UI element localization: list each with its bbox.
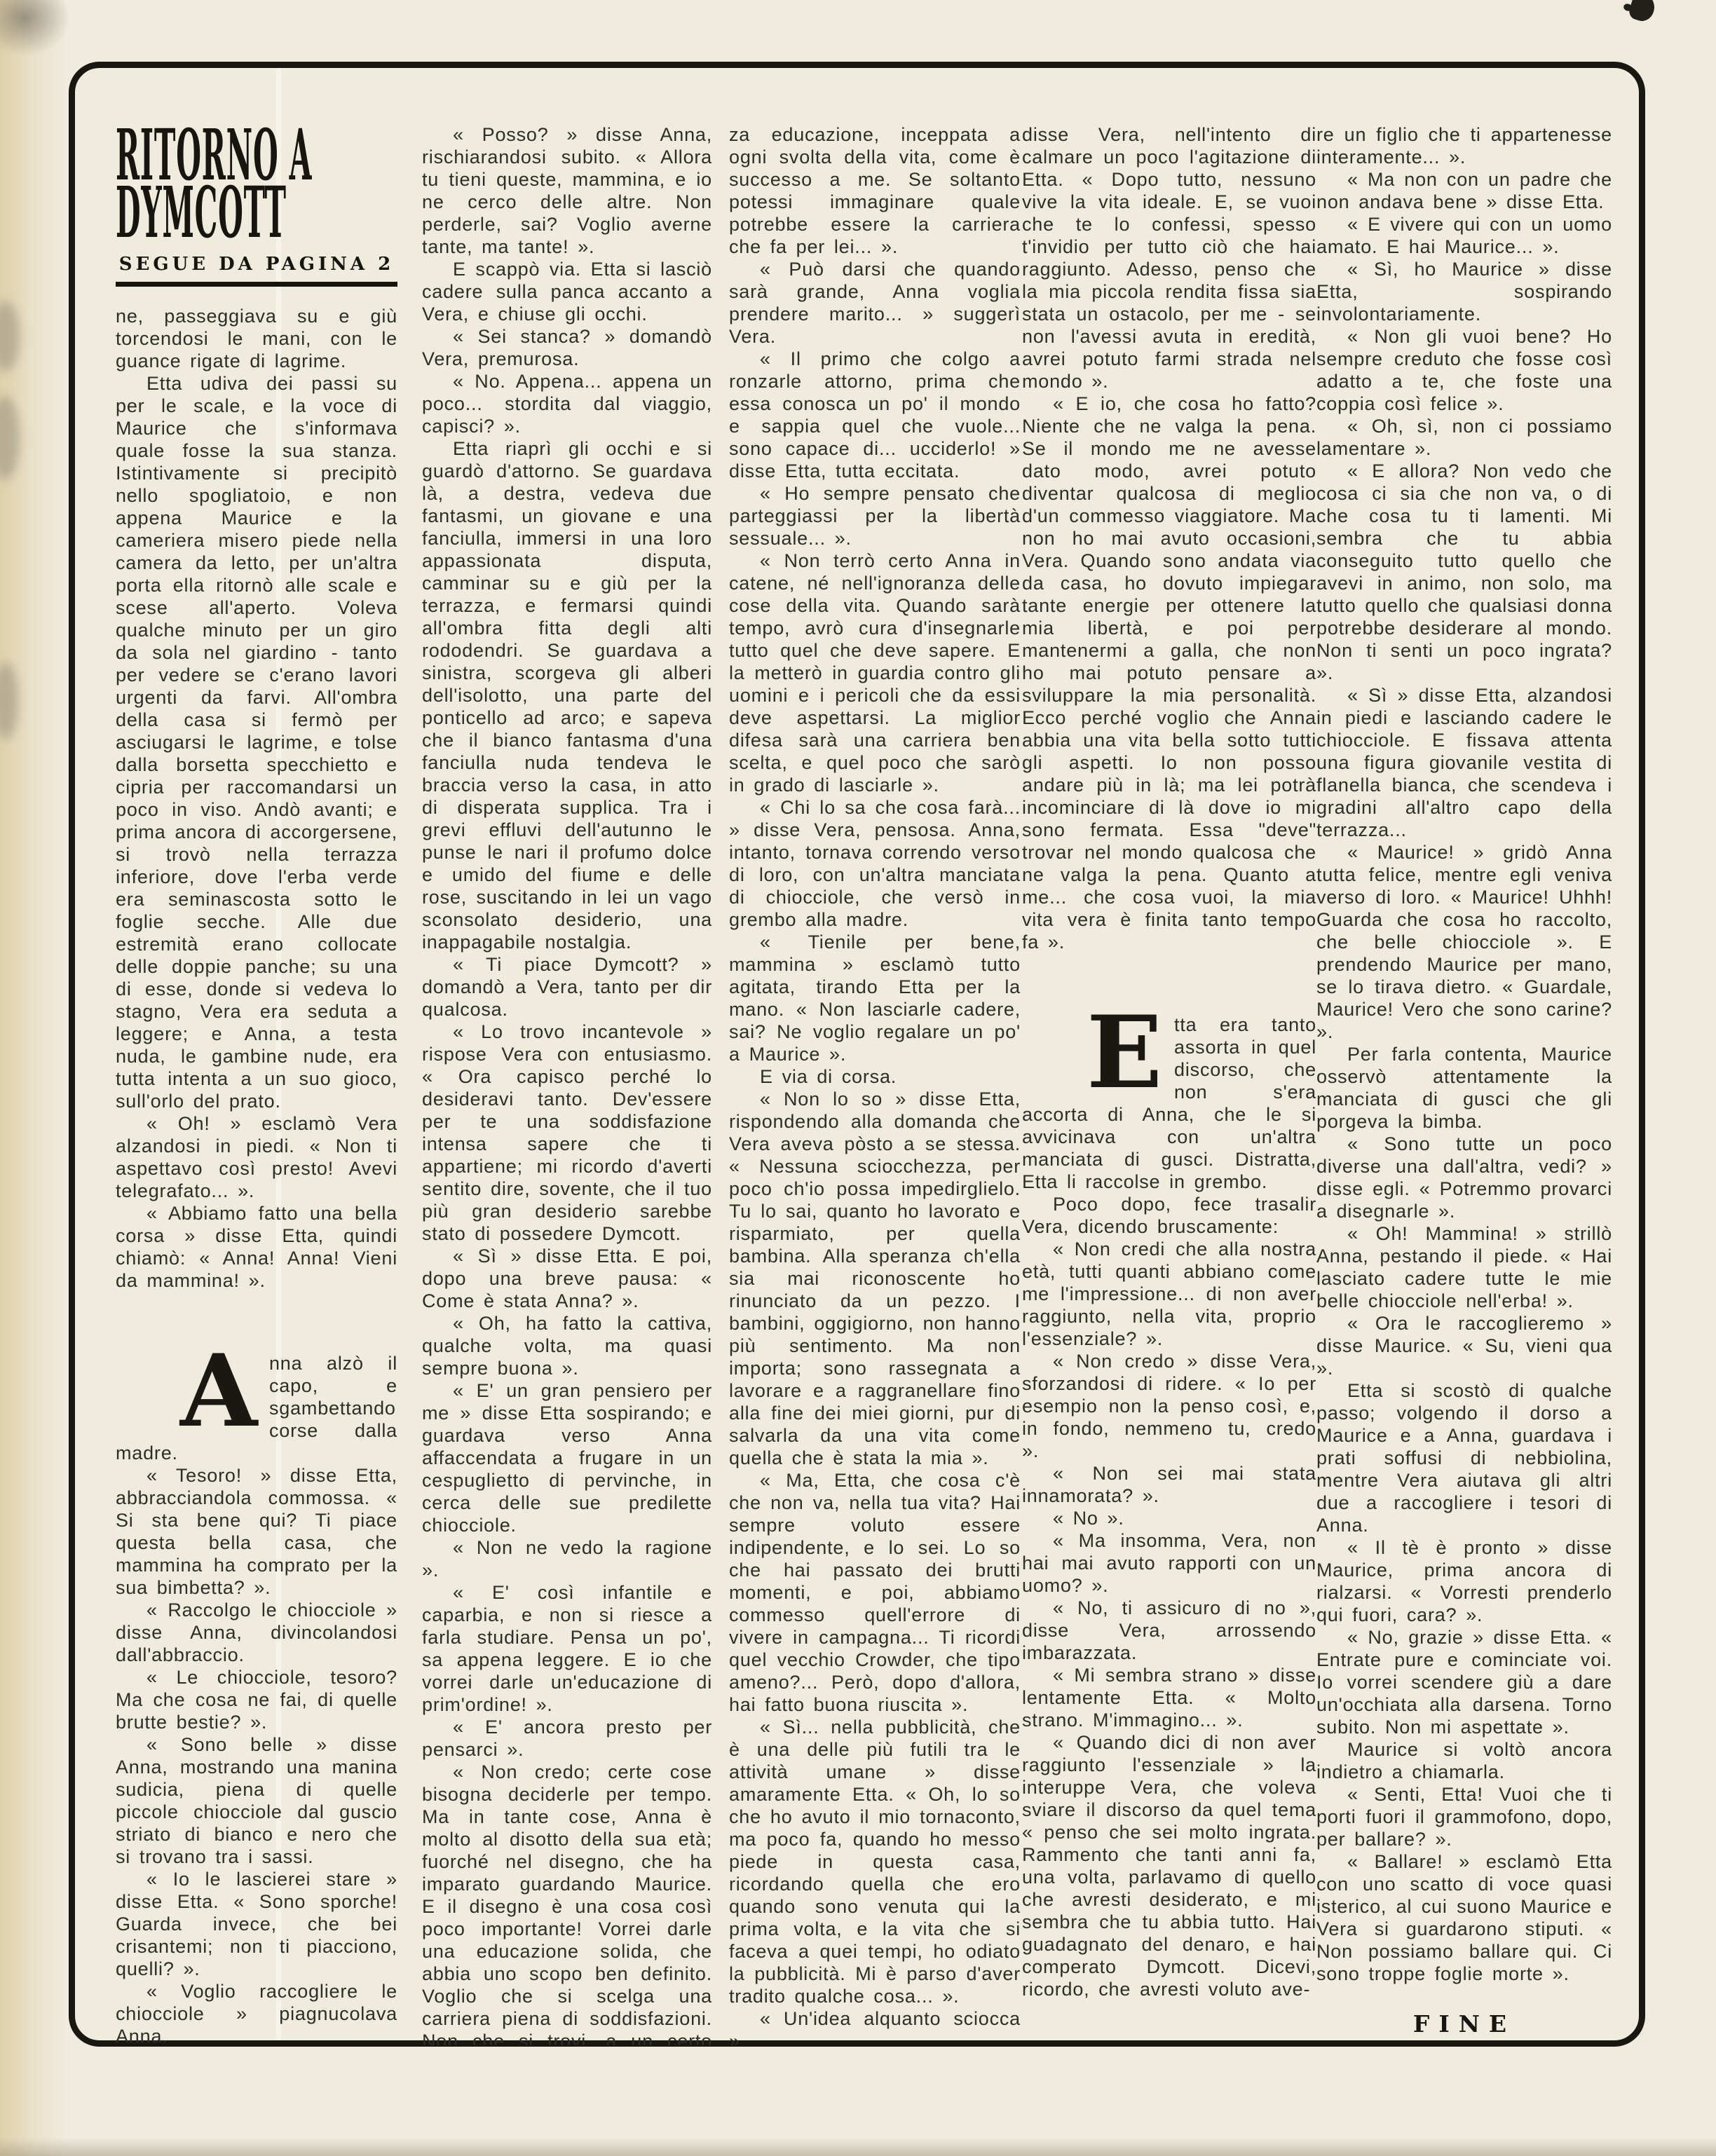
- body-paragraph: « Mi sembra strano » disse lentamente Et…: [1022, 1664, 1316, 1731]
- column-2: « Posso? » disse Anna, rischiarandosi su…: [422, 123, 712, 2045]
- body-paragraph: « Non lo so » disse Etta, rispondendo al…: [729, 1088, 1021, 1469]
- body-paragraph: E scappò via. Etta si lasciò cadere sull…: [422, 258, 712, 325]
- body-paragraph: « E io, che cosa ho fatto? Niente che ne…: [1022, 393, 1316, 953]
- body-paragraph: « Un'idea alquanto sciocca »: [729, 2007, 1021, 2045]
- body-paragraph: « E' ancora presto per pensarci ».: [422, 1716, 712, 1761]
- body-paragraph: « Voglio raccogliere le chiocciole » pia…: [116, 1980, 397, 2045]
- body-paragraph: ne, passeggiava su e giù torcendosi le m…: [116, 305, 397, 372]
- body-paragraph: za educazione, inceppata a ogni svolta d…: [729, 123, 1021, 258]
- scan-corner-shadow: [0, 0, 70, 56]
- body-paragraph: « Sono belle » disse Anna, mostrando una…: [116, 1733, 397, 1868]
- body-paragraph: « Ma non con un padre che non andava ben…: [1316, 168, 1612, 213]
- body-paragraph: re un figlio che ti appartenesse interam…: [1316, 123, 1612, 168]
- body-paragraph: « No. Appena... appena un poco... stordi…: [422, 370, 712, 437]
- body-paragraph: « Abbiamo fatto una bella corsa » disse …: [116, 1202, 397, 1292]
- body-paragraph: « Il primo che colgo a ronzarle attorno,…: [729, 348, 1021, 482]
- body-paragraph: « No, ti assicuro di no », disse Vera, a…: [1022, 1597, 1316, 1664]
- body-paragraph: « Ma, Etta, che cosa c'è che non va, nel…: [729, 1469, 1021, 1716]
- body-paragraph: Maurice si voltò ancora indietro a chiam…: [1316, 1738, 1612, 1783]
- body-paragraph: « Ora le raccoglieremo » disse Maurice. …: [1316, 1312, 1612, 1379]
- body-paragraph: « Ti piace Dymcott? » domandò a Vera, ta…: [422, 953, 712, 1021]
- body-paragraph: « Non sei mai stata innamorata? ».: [1022, 1462, 1316, 1507]
- body-paragraph: « Può darsi che quando sarà grande, Anna…: [729, 258, 1021, 348]
- body-paragraph: « Quando dici di non aver raggiunto l'es…: [1022, 1731, 1316, 2000]
- column-5: re un figlio che ti appartenesse interam…: [1316, 123, 1612, 2045]
- continued-from: SEGUE DA PAGINA 2: [116, 254, 397, 287]
- column-4: disse Vera, nell'intento di calmare un p…: [1022, 123, 1316, 2045]
- body-paragraph: « Oh, ha fatto la cattiva, qualche volta…: [422, 1312, 712, 1379]
- body-paragraph: « Sì, ho Maurice » disse Etta, sospirand…: [1316, 258, 1612, 325]
- body-paragraph: « Oh, sì, non ci possiamo lamentare ».: [1316, 415, 1612, 460]
- body-paragraph: « Ma insomma, Vera, non hai mai avuto ra…: [1022, 1529, 1316, 1597]
- body-paragraph: « Raccolgo le chiocciole » disse Anna, d…: [116, 1599, 397, 1666]
- body-paragraph: « Il tè è pronto » disse Maurice, prima …: [1316, 1536, 1612, 1626]
- body-paragraph: « E' così infantile e caparbia, e non si…: [422, 1581, 712, 1716]
- body-paragraph: Per farla contenta, Maurice osservò atte…: [1316, 1043, 1612, 1133]
- column-1: RITORNO A DYMCOTT SEGUE DA PAGINA 2 ne, …: [116, 123, 397, 2045]
- body-paragraph: « Non terrò certo Anna in catene, né nel…: [729, 550, 1021, 796]
- body-paragraph: « E' un gran pensiero per me » disse Ett…: [422, 1379, 712, 1536]
- page-title-line2: DYMCOTT: [116, 184, 231, 241]
- body-paragraph: « No ».: [1022, 1507, 1316, 1529]
- body-paragraph: « Chi lo sa che cosa farà... » disse Ver…: [729, 796, 1021, 931]
- body-paragraph: « Ho sempre pensato che parteggiassi per…: [729, 482, 1021, 550]
- body-paragraph: « E allora? Non vedo che cosa ci sia che…: [1316, 460, 1612, 684]
- page-title: RITORNO A DYMCOTT: [116, 126, 231, 241]
- subtitle-rule: [116, 282, 397, 287]
- body-paragraph: « Sì » disse Etta, alzandosi in piedi e …: [1316, 684, 1612, 841]
- dropcap-letter-E: E: [1087, 1014, 1174, 1089]
- body-paragraph: « Sono tutte un poco diverse una dall'al…: [1316, 1133, 1612, 1222]
- dropcap-paragraph: Etta era tanto assorta in quel discorso,…: [1022, 1014, 1316, 1193]
- body-paragraph: « Non ne vedo la ragione ».: [422, 1536, 712, 1581]
- body-paragraph: Poco dopo, fece trasalir Vera, dicendo b…: [1022, 1193, 1316, 1238]
- body-paragraph: E via di corsa.: [729, 1065, 1021, 1088]
- column-3: za educazione, inceppata a ogni svolta d…: [729, 123, 1021, 2045]
- body-paragraph: « Senti, Etta! Vuoi che ti porti fuori i…: [1316, 1783, 1612, 1850]
- body-paragraph: « Non credi che alla nostra età, tutti q…: [1022, 1238, 1316, 1350]
- body-paragraph: « Non credo; certe cose bisogna deciderl…: [422, 1761, 712, 2045]
- body-paragraph: « Sei stanca? » domandò Vera, premurosa.: [422, 325, 712, 370]
- body-paragraph: « Le chiocciole, tesoro? Ma che cosa ne …: [116, 1666, 397, 1733]
- body-paragraph: « Io le lascierei stare » disse Etta. « …: [116, 1868, 397, 1980]
- continued-from-label: SEGUE DA PAGINA 2: [116, 254, 397, 275]
- dropcap-letter-A: A: [180, 1352, 269, 1428]
- body-paragraph: « Ballare! » esclamò Etta con uno scatto…: [1316, 1850, 1612, 1985]
- body-paragraph: « Posso? » disse Anna, rischiarandosi su…: [422, 123, 712, 258]
- body-paragraph: Etta riaprì gli occhi e si guardò d'atto…: [422, 437, 712, 953]
- body-paragraph: disse Vera, nell'intento di calmare un p…: [1022, 123, 1316, 393]
- fine-label: FINE: [1316, 2013, 1612, 2035]
- body-paragraph: « Oh! Mammina! » strillò Anna, pestando …: [1316, 1222, 1612, 1312]
- scan-bottom-shadow: [0, 2138, 1716, 2156]
- body-paragraph: « Sì » disse Etta. E poi, dopo una breve…: [422, 1245, 712, 1312]
- dropcap-paragraph: Anna alzò il capo, e sgambettando corse …: [116, 1352, 397, 1464]
- body-paragraph: « Non credo » disse Vera, sforzandosi di…: [1022, 1350, 1316, 1462]
- body-paragraph: Etta udiva dei passi su per le scale, e …: [116, 372, 397, 1112]
- body-paragraph: « Sì... nella pubblicità, che è una dell…: [729, 1716, 1021, 2007]
- body-paragraph: « Lo trovo incantevole » rispose Vera co…: [422, 1021, 712, 1245]
- ink-blot: [1627, 0, 1658, 24]
- body-paragraph: « No, grazie » disse Etta. « Entrate pur…: [1316, 1626, 1612, 1738]
- body-paragraph: « Non gli vuoi bene? Ho sempre creduto c…: [1316, 325, 1612, 415]
- body-paragraph: « E vivere qui con un uomo amato. E hai …: [1316, 213, 1612, 258]
- body-paragraph: « Tienile per bene, mammina » esclamò tu…: [729, 931, 1021, 1065]
- body-paragraph: « Oh! » esclamò Vera alzandosi in piedi.…: [116, 1112, 397, 1202]
- body-paragraph: « Tesoro! » disse Etta, abbracciandola c…: [116, 1464, 397, 1599]
- body-paragraph: Etta si scostò di qualche passo; volgend…: [1316, 1379, 1612, 1536]
- body-paragraph: « Maurice! » gridò Anna tutta felice, me…: [1316, 841, 1612, 1043]
